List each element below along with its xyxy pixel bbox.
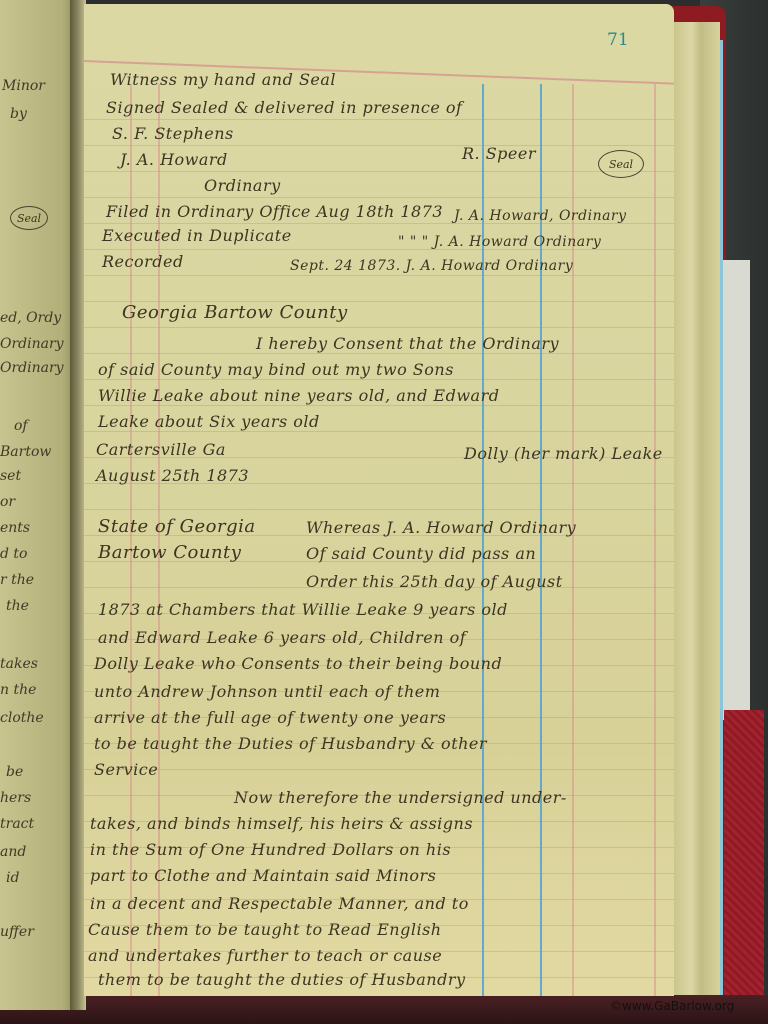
left-page-fragment: set: [0, 468, 21, 484]
left-page-fragment: or: [0, 494, 15, 510]
left-page-fragment: ents: [0, 520, 30, 536]
handwritten-line: R. Speer: [462, 144, 536, 163]
handwritten-line: them to be taught the duties of Husbandr…: [98, 970, 466, 989]
handwritten-line: Filed in Ordinary Office Aug 18th 1873: [106, 202, 443, 221]
handwritten-line: Signed Sealed & delivered in presence of: [106, 98, 462, 117]
left-page-fragment: r the: [0, 572, 34, 588]
handwritten-line: I hereby Consent that the Ordinary: [256, 334, 559, 353]
handwritten-line: Recorded: [102, 252, 184, 271]
handwritten-line: Sept. 24 1873. J. A. Howard Ordinary: [290, 258, 573, 274]
handwritten-line: part to Clothe and Maintain said Minors: [90, 866, 436, 885]
handwritten-line: August 25th 1873: [96, 466, 249, 485]
left-page-fragment: id: [6, 870, 19, 886]
handwritten-line: Dolly Leake who Consents to their being …: [94, 654, 502, 673]
watermark: ©www.GaBarlow.org: [610, 999, 734, 1013]
column-line-pink: [654, 84, 656, 996]
handwritten-line: " " " J. A. Howard Ordinary: [398, 234, 601, 250]
handwritten-line: S. F. Stephens: [112, 124, 234, 143]
book-cover-lower: [724, 710, 764, 1010]
handwritten-line: and Edward Leake 6 years old, Children o…: [98, 628, 466, 647]
left-page-fragment: takes: [0, 656, 38, 672]
handwritten-line: and undertakes further to teach or cause: [88, 946, 442, 965]
handwritten-line: in the Sum of One Hundred Dollars on his: [90, 840, 451, 859]
handwritten-line: Now therefore the undersigned under-: [234, 788, 567, 807]
handwritten-line: Georgia Bartow County: [122, 302, 348, 323]
handwritten-line: Willie Leake about nine years old, and E…: [98, 386, 499, 405]
handwritten-line: Of said County did pass an: [306, 544, 536, 563]
handwritten-line: Ordinary: [204, 176, 281, 195]
left-page-fragment: tract: [0, 816, 34, 832]
left-page-fragment: ed, Ordy: [0, 310, 61, 326]
handwritten-line: arrive at the full age of twenty one yea…: [94, 708, 446, 727]
book-cover-white-band: [720, 260, 750, 720]
left-page-fragment: n the: [0, 682, 36, 698]
handwritten-line: Cartersville Ga: [96, 440, 226, 459]
handwritten-line: Order this 25th day of August: [306, 572, 563, 591]
seal-icon: Seal: [598, 150, 644, 178]
left-page-fragment: the: [6, 598, 29, 614]
handwritten-line: of said County may bind out my two Sons: [98, 360, 454, 379]
handwritten-line: J. A. Howard, Ordinary: [454, 208, 627, 224]
left-page-fragment: Ordinary: [0, 360, 64, 376]
right-page: 71 Witness my hand and SealSigned Sealed…: [84, 4, 674, 996]
handwritten-line: unto Andrew Johnson until each of them: [94, 682, 440, 701]
left-page-fragment: and: [0, 844, 26, 860]
handwritten-line: Service: [94, 760, 158, 779]
handwritten-line: State of Georgia: [98, 516, 256, 537]
left-page-fragment: hers: [0, 790, 31, 806]
handwritten-line: Bartow County: [98, 542, 241, 563]
handwritten-line: takes, and binds himself, his heirs & as…: [90, 814, 473, 833]
seal-icon: Seal: [10, 206, 48, 230]
handwritten-line: in a decent and Respectable Manner, and …: [90, 894, 469, 913]
left-page-fragment: clothe: [0, 710, 44, 726]
handwritten-line: Leake about Six years old: [98, 412, 320, 431]
handwritten-line: 1873 at Chambers that Willie Leake 9 yea…: [98, 600, 508, 619]
handwritten-line: J. A. Howard: [120, 150, 228, 169]
left-page-fragment: Ordinary: [0, 336, 64, 352]
page-number: 71: [607, 30, 629, 50]
handwritten-line: Whereas J. A. Howard Ordinary: [306, 518, 576, 537]
left-page-fragment: by: [10, 106, 27, 122]
handwritten-line: to be taught the Duties of Husbandry & o…: [94, 734, 487, 753]
handwritten-line: Cause them to be taught to Read English: [88, 920, 442, 939]
handwritten-line: Witness my hand and Seal: [110, 70, 336, 89]
page-stack: [670, 22, 720, 997]
left-page-fragment: of: [14, 418, 28, 434]
left-page-fragment: d to: [0, 546, 27, 562]
handwritten-line: Executed in Duplicate: [102, 226, 292, 245]
left-page-fragment: be: [6, 764, 23, 780]
left-page-fragment: Bartow: [0, 444, 51, 460]
left-page-fragment: uffer: [0, 924, 34, 940]
left-page-fragment: Minor: [2, 78, 45, 94]
handwritten-line: Dolly (her mark) Leake: [464, 444, 663, 463]
left-page: MinorbySealed, OrdyOrdinaryOrdinaryofBar…: [0, 0, 78, 1010]
